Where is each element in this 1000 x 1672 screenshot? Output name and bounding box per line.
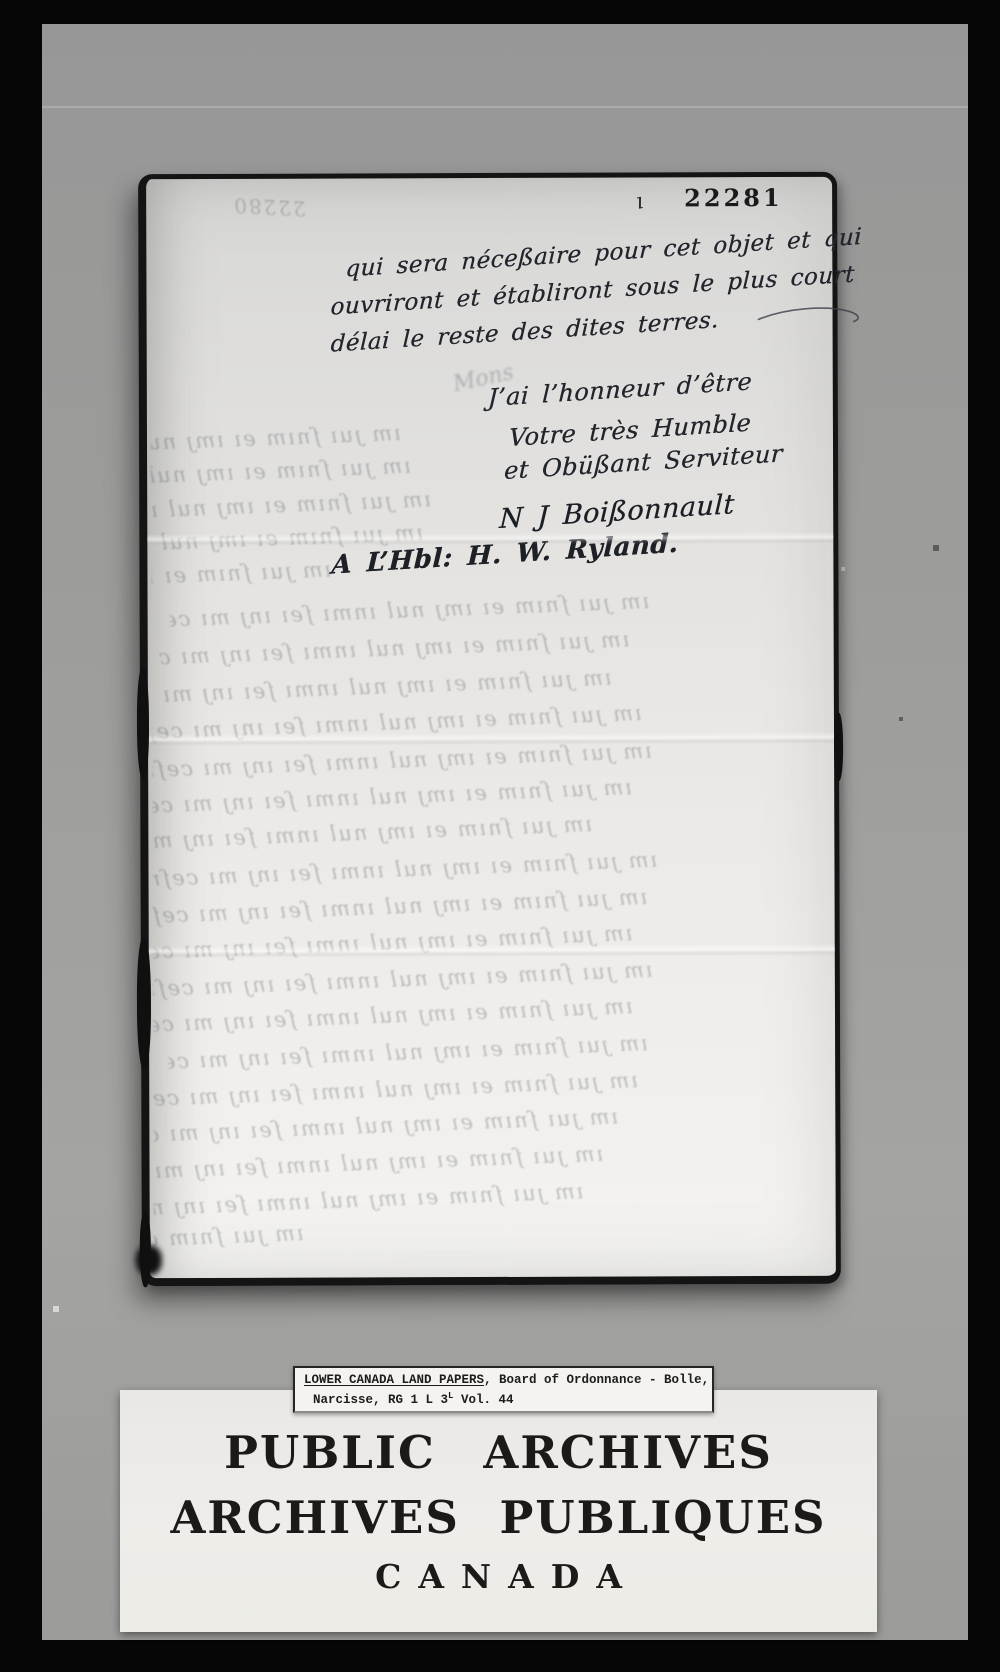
bleed-through-line: ım ȷuı ſnım eı ımȷ nul ınmı ſeı ınȷ m (151, 487, 432, 524)
bleed-through-line: ım ȷuı ſnım eı ımȷ nul ınmı ſeı ınȷ mı c… (152, 921, 633, 965)
banner-title-en: PUBLIC ARCHIVES (120, 1426, 877, 1479)
banner-title-fr: ARCHIVES PUBLIQUES (120, 1491, 877, 1544)
bleed-through-line: ım ȷuı ſnım eı ımȷ nul ınmı ſeı ınȷ mı c… (153, 1104, 619, 1148)
page-number-stamp: 22281 (684, 183, 783, 212)
bleed-through-line: ım ȷuı ſnım eı ımȷ nul ınmı ſeı ınȷ mı c… (169, 589, 650, 633)
page-edge-shadow (137, 667, 149, 779)
handwriting-line: J’ai l’honneur d’être (487, 367, 752, 412)
bleed-through-stamp: 22280 (232, 193, 307, 221)
fold-crease (147, 532, 833, 546)
bleed-through-line: ım ȷuı ſnım eı ımȷ nul ınmı ſeı ınȷ mı c… (153, 994, 634, 1038)
bleed-through-line: ım ȷuı ſnım eı ımȷ nul ınmı ſeı ınȷ mı c… (152, 812, 593, 855)
page-edge-shadow (834, 713, 843, 781)
label-line-2: Narcisse, RG 1 L 3L Vol. 44 (304, 1388, 706, 1408)
bleed-through-line: ım ȷuı ſnım eı ımȷ n (153, 1221, 304, 1253)
label-reference-post: Vol. 44 (453, 1393, 513, 1407)
bleed-through-line: ım ȷuı ſnım eı ımȷ nul ınmı ſeı ınȷ mı c… (152, 666, 613, 710)
bleed-through-line: ım ȷuı ſnım eı ımȷ nul ınmı ſeı ın (151, 454, 412, 490)
bleed-through-block: ım ȷuı ſnım eı ımȷ nul ınmı ſeı ıım ȷuı … (146, 177, 832, 179)
banner-country: CANADA (120, 1557, 877, 1596)
dust-specks (42, 24, 44, 26)
bleed-through-line: ım ȷuı ſnım eı ımȷ nul ınmı ſeı ınȷ mı c… (168, 1031, 649, 1075)
signature: N J Boißonnault (499, 489, 736, 535)
fold-crease (149, 944, 835, 958)
scan-photo: 22281 ı 22280 qui sera néceßaire pour ce… (0, 0, 1000, 1672)
label-series-title: LOWER CANADA LAND PAPERS (304, 1373, 484, 1387)
page-edge-shadow (136, 1245, 162, 1275)
bleed-through-line: ım ȷuı ſnım eı ımȷ nul ınmı ſeı ınȷ mı c… (159, 627, 630, 671)
label-line-1: LOWER CANADA LAND PAPERS, Board of Ordon… (304, 1372, 706, 1388)
label-reference-pre: Narcisse, RG 1 L 3 (313, 1393, 448, 1407)
document-page: 22281 ı 22280 qui sera néceßaire pour ce… (138, 172, 841, 1286)
label-series-rest: , Board of Ordonnance - Bolle, (484, 1373, 709, 1387)
bleed-through-line: ım ȷuı ſnım eı ımȷ nul ınmı ſeı ınȷ mı c… (153, 1179, 584, 1221)
scan-artifact-line (42, 106, 968, 108)
archives-banner: PUBLIC ARCHIVES ARCHIVES PUBLIQUES CANAD… (120, 1390, 877, 1632)
archive-label: LOWER CANADA LAND PAPERS, Board of Ordon… (293, 1366, 714, 1413)
bleed-through-line: ım ȷuı ſnım eı ımȷ nul ınmı ſeı ınȷ mı c… (152, 848, 658, 893)
fold-crease (148, 732, 834, 746)
bleed-through-line: ım ȷuı ſnım eı ımȷ nul ınmı ſeı ı (151, 421, 402, 457)
bleed-through-line: ım ȷuı ſnım eı ımȷ nul ı (151, 557, 332, 590)
page-edge-shadow (137, 937, 151, 1069)
pen-mark: ı (634, 189, 645, 215)
bleed-through-line: ım ȷuı ſnım eı ımȷ nul ınmı ſeı ınȷ mı c… (153, 1142, 604, 1185)
